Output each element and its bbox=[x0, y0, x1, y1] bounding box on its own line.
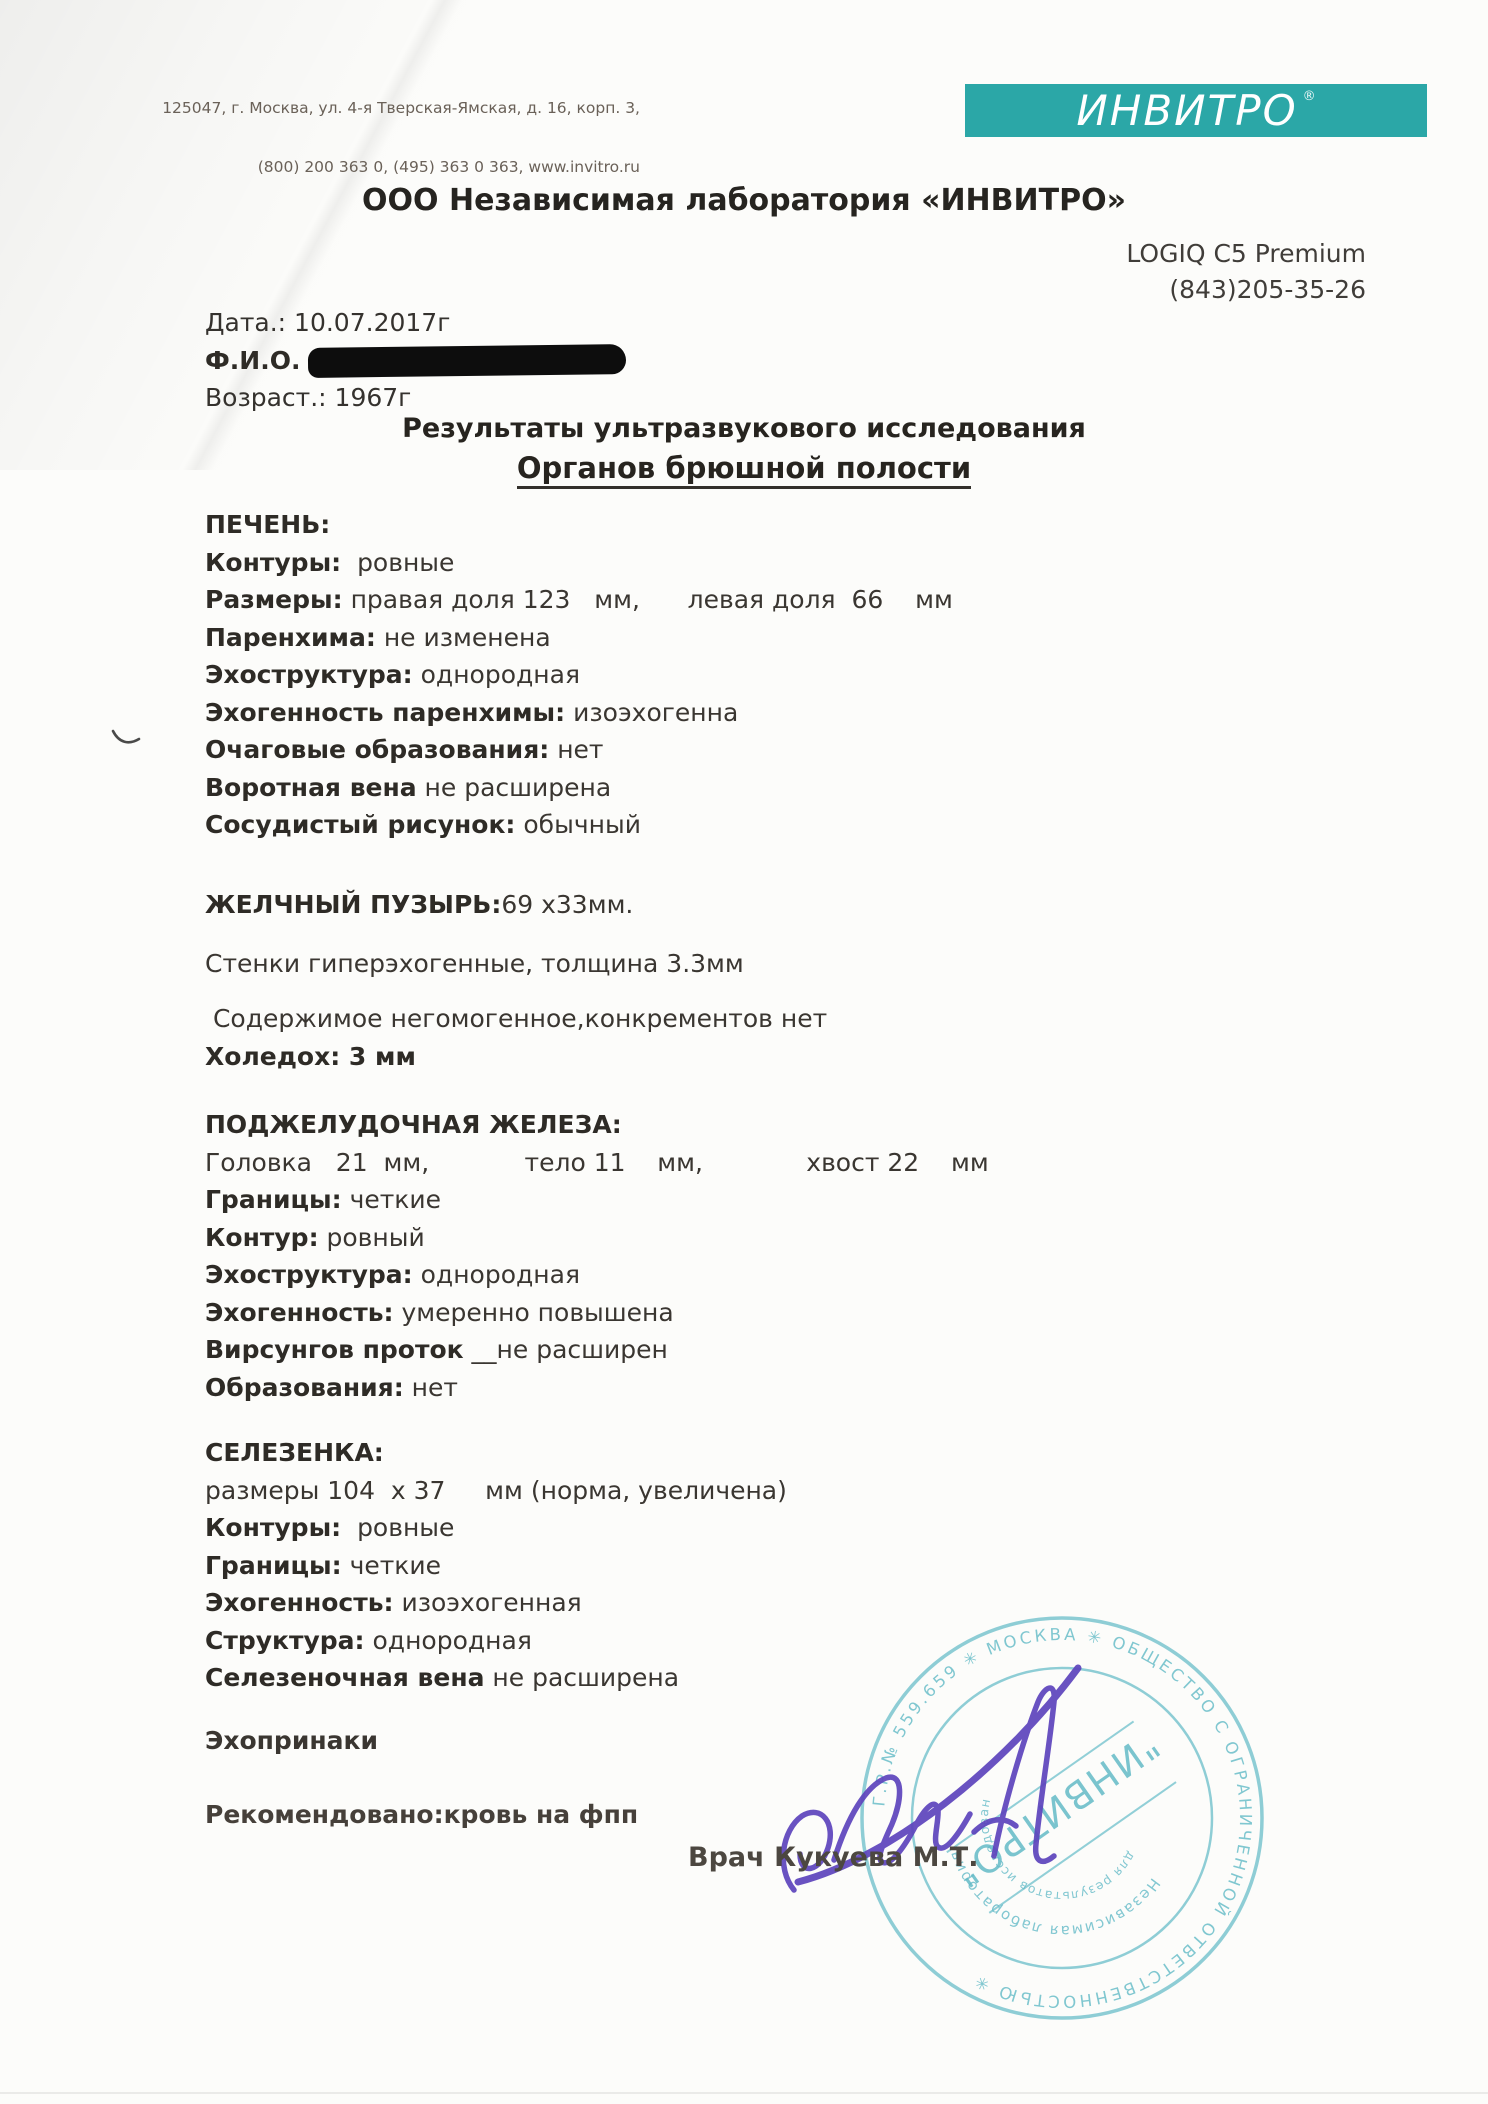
liver-heading: ПЕЧЕНЬ: bbox=[205, 506, 953, 544]
pancreas-row: Вирсунгов проток __не расширен bbox=[205, 1331, 989, 1369]
pancreas-row: Контур: ровный bbox=[205, 1219, 989, 1257]
invitro-logo-text: ИНВИТРО bbox=[1076, 90, 1297, 132]
section-liver: ПЕЧЕНЬ: Контуры: ровные Размеры: правая … bbox=[205, 506, 953, 844]
gallbladder-heading: ЖЕЛЧНЫЙ ПУЗЫРЬ:69 х33мм. bbox=[205, 886, 827, 924]
redaction-bar bbox=[308, 344, 626, 378]
spleen-heading: СЕЛЕЗЕНКА: bbox=[205, 1434, 787, 1472]
scanned-ultrasound-report: 125047, г. Москва, ул. 4-я Тверская-Ямск… bbox=[0, 0, 1488, 2104]
echo-signs-line: Эхопринаки bbox=[205, 1726, 378, 1755]
device-model: LOGIQ C5 Premium bbox=[1126, 236, 1366, 272]
pancreas-row: Эхоструктура: однородная bbox=[205, 1256, 989, 1294]
spleen-row: Эхогенность: изоэхогенная bbox=[205, 1584, 787, 1622]
patient-info: Дата.: 10.07.2017г Ф.И.О. Возраст.: 1967… bbox=[205, 304, 626, 417]
gallbladder-row: Стенки гиперэхогенные, толщина 3.3мм bbox=[205, 945, 827, 983]
pancreas-row: Границы: четкие bbox=[205, 1181, 989, 1219]
patient-age: Возраст.: 1967г bbox=[205, 379, 626, 417]
gallbladder-row: Холедох: 3 мм bbox=[205, 1038, 827, 1076]
pancreas-row: Эхогенность: умеренно повышена bbox=[205, 1294, 989, 1332]
spleen-row: Контуры: ровные bbox=[205, 1509, 787, 1547]
pen-mark bbox=[110, 726, 142, 750]
organization-title: ООО Независимая лаборатория «ИНВИТРО» bbox=[0, 183, 1488, 218]
liver-row: Контуры: ровные bbox=[205, 544, 953, 582]
recommendation-line: Рекомендовано:кровь на фпп bbox=[205, 1800, 638, 1829]
invitro-logo: ИНВИТРО ® bbox=[965, 84, 1427, 137]
device-phone: (843)205-35-26 bbox=[1126, 272, 1366, 308]
patient-name-row: Ф.И.О. bbox=[205, 342, 626, 380]
exam-date: Дата.: 10.07.2017г bbox=[205, 304, 626, 342]
fio-label: Ф.И.О. bbox=[205, 346, 300, 375]
spleen-row: Селезеночная вена не расширена bbox=[205, 1659, 787, 1697]
gallbladder-row: Содержимое негомогенное,конкрементов нет bbox=[205, 1000, 827, 1038]
section-gallbladder: ЖЕЛЧНЫЙ ПУЗЫРЬ:69 х33мм. Стенки гиперэхо… bbox=[205, 886, 827, 1075]
report-subtitle: Органов брюшной полости bbox=[0, 451, 1488, 485]
liver-row: Размеры: правая доля 123 мм, левая доля … bbox=[205, 581, 953, 619]
liver-row: Эхоструктура: однородная bbox=[205, 656, 953, 694]
liver-row: Эхогенность паренхимы: изоэхогенна bbox=[205, 694, 953, 732]
spleen-row: Структура: однородная bbox=[205, 1622, 787, 1660]
pancreas-row: Образования: нет bbox=[205, 1369, 989, 1407]
liver-row: Сосудистый рисунок: обычный bbox=[205, 806, 953, 844]
doctor-name: Врач Кукуева М.Т. bbox=[688, 1842, 978, 1873]
device-info: LOGIQ C5 Premium (843)205-35-26 bbox=[1126, 236, 1366, 308]
liver-row: Паренхима: не изменена bbox=[205, 619, 953, 657]
pancreas-heading: ПОДЖЕЛУДОЧНАЯ ЖЕЛЕЗА: bbox=[205, 1106, 989, 1144]
registered-trademark-icon: ® bbox=[1303, 89, 1316, 104]
section-pancreas: ПОДЖЕЛУДОЧНАЯ ЖЕЛЕЗА: Головка 21 мм, тел… bbox=[205, 1106, 989, 1406]
report-title: Результаты ультразвукового исследования bbox=[0, 413, 1488, 444]
spleen-row: Границы: четкие bbox=[205, 1547, 787, 1585]
doctor-signature bbox=[742, 1620, 1172, 1920]
address-line-2: (800) 200 363 0, (495) 363 0 363, www.in… bbox=[135, 158, 640, 178]
section-spleen: СЕЛЕЗЕНКА: размеры 104 х 37 мм (норма, у… bbox=[205, 1434, 787, 1697]
spleen-row: размеры 104 х 37 мм (норма, увеличена) bbox=[205, 1472, 787, 1510]
scan-bottom-edge bbox=[0, 2092, 1488, 2094]
pancreas-row: Головка 21 мм, тело 11 мм, хвост 22 мм bbox=[205, 1144, 989, 1182]
liver-row: Очаговые образования: нет bbox=[205, 731, 953, 769]
address-line-1: 125047, г. Москва, ул. 4-я Тверская-Ямск… bbox=[135, 99, 640, 119]
liver-row: Воротная вена не расширена bbox=[205, 769, 953, 807]
